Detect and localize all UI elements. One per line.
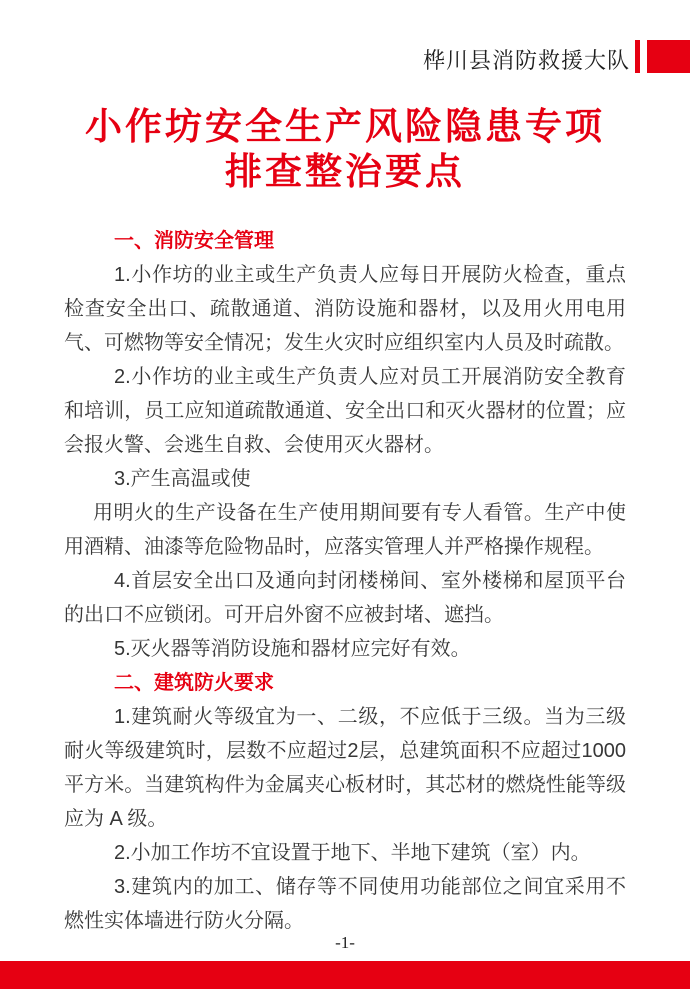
page-number: -1- [0,933,690,953]
header-brigade-name: 桦川县消防救援大队 [423,44,630,75]
document-title: 小作坊安全生产风险隐患专项 排查整治要点 [0,104,690,194]
paragraph: 用明火的生产设备在生产使用期间要有专人看管。生产中使用酒精、油漆等危险物品时，应… [64,496,626,564]
paragraph: 4.首层安全出口及通向封闭楼梯间、室外楼梯和屋顶平台的出口不应锁闭。可开启外窗不… [64,564,626,632]
document-body: 一、消防安全管理 1.小作坊的业主或生产负责人应每日开展防火检查，重点检查安全出… [64,224,626,938]
section-heading-fire-safety-management: 一、消防安全管理 [64,224,626,258]
paragraph: 1.建筑耐火等级宜为一、二级，不应低于三级。当为三级耐火等级建筑时，层数不应超过… [64,700,626,836]
header-red-tick-decoration [635,40,640,73]
section-heading-building-fire-requirements: 二、建筑防火要求 [64,666,626,700]
paragraph: 3.产生高温或使 [64,462,626,496]
document-title-line-2: 排查整治要点 [0,149,690,194]
paragraph: 2.小作坊的业主或生产负责人应对员工开展消防安全教育和培训，员工应知道疏散通道、… [64,360,626,462]
paragraph: 5.灭火器等消防设施和器材应完好有效。 [64,632,626,666]
document-page: 桦川县消防救援大队 小作坊安全生产风险隐患专项 排查整治要点 一、消防安全管理 … [0,0,690,989]
bottom-red-bar-decoration [0,961,690,989]
paragraph: 2.小加工作坊不宜设置于地下、半地下建筑（室）内。 [64,836,626,870]
header-red-block-decoration [647,40,690,73]
paragraph: 1.小作坊的业主或生产负责人应每日开展防火检查，重点检查安全出口、疏散通道、消防… [64,258,626,360]
document-title-line-1: 小作坊安全生产风险隐患专项 [0,104,690,149]
paragraph: 3.建筑内的加工、储存等不同使用功能部位之间宜采用不燃性实体墙进行防火分隔。 [64,870,626,938]
